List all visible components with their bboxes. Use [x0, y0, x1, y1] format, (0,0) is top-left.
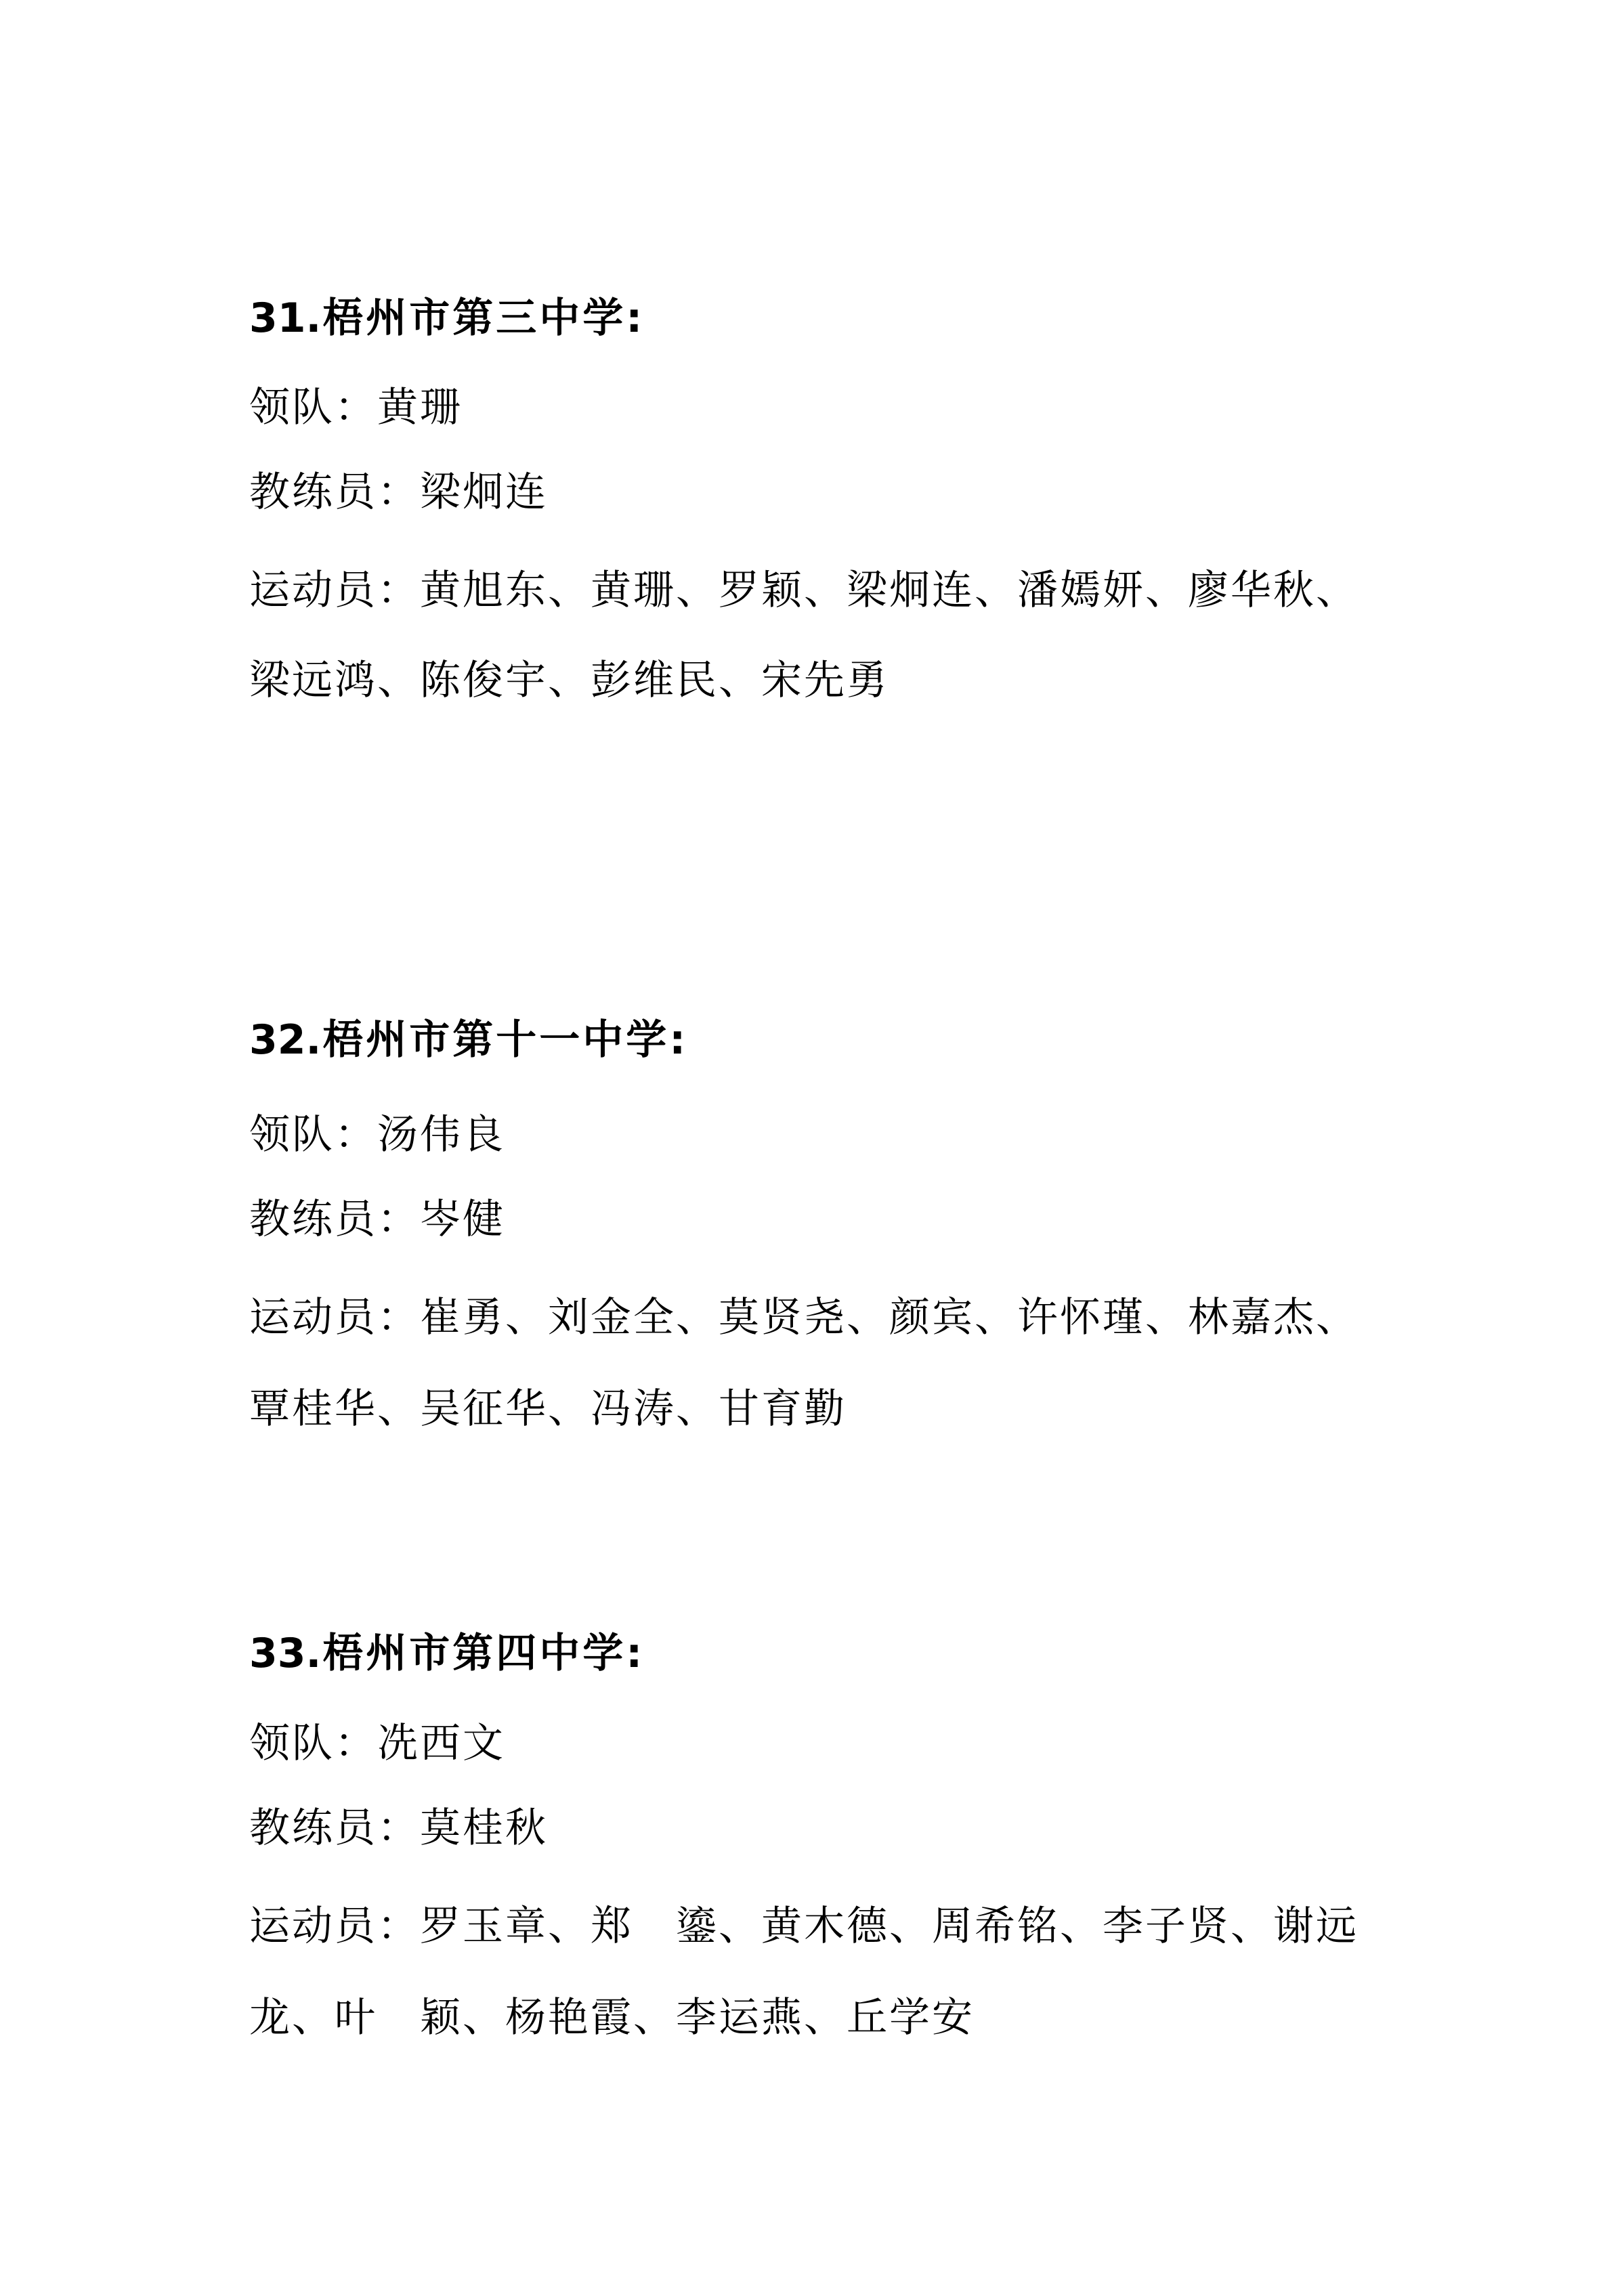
athletes-line-1: 运动员：黄旭东、黄珊、罗颖、梁炯连、潘嫣妍、廖华秋、	[249, 570, 1359, 611]
athletes-line-2: 梁远鸿、陈俊宇、彭维民、宋先勇	[249, 660, 889, 701]
coach-line: 教练员：莫桂秋	[249, 1808, 548, 1848]
leader-line: 领队：冼西文	[249, 1723, 505, 1764]
school-name: 梧州市第四中学:	[322, 1630, 645, 1677]
document-page: 31.梧州市第三中学: 领队：黄珊 教练员：梁炯连 运动员：黄旭东、黄珊、罗颖、…	[0, 0, 1624, 2296]
school-name: 梧州市第十一中学:	[322, 1016, 688, 1064]
athletes-list-part-1: 罗玉章、郑 鎏、黄木德、周希铭、李子贤、谢远	[420, 1903, 1359, 1950]
athletes-line-2: 覃桂华、吴征华、冯涛、甘育勤	[249, 1389, 847, 1429]
coach-label: 教练员：	[249, 469, 420, 516]
school-name: 梧州市第三中学:	[322, 295, 645, 342]
leader-name: 汤伟良	[377, 1111, 505, 1158]
athletes-label: 运动员：	[249, 567, 420, 614]
section-heading: 33.梧州市第四中学:	[249, 1633, 645, 1674]
athletes-line-1: 运动员：罗玉章、郑 鎏、黄木德、周希铭、李子贤、谢远	[249, 1906, 1359, 1947]
section-heading: 32.梧州市第十一中学:	[249, 1020, 688, 1060]
section-number: 31.	[249, 295, 321, 342]
leader-label: 领队：	[249, 1720, 377, 1767]
leader-line: 领队：黄珊	[249, 387, 463, 428]
athletes-label: 运动员：	[249, 1294, 420, 1341]
coach-line: 教练员：岑健	[249, 1199, 505, 1240]
athletes-list-part-1: 崔勇、刘金全、莫贤尧、颜宾、许怀瑾、林嘉杰、	[420, 1294, 1359, 1341]
coach-line: 教练员：梁炯连	[249, 472, 548, 513]
leader-line: 领队：汤伟良	[249, 1114, 505, 1155]
athletes-list-part-2: 覃桂华、吴征华、冯涛、甘育勤	[249, 1385, 847, 1433]
coach-name: 梁炯连	[420, 469, 548, 516]
leader-label: 领队：	[249, 384, 377, 431]
athletes-list-part-2: 龙、叶 颖、杨艳霞、李运燕、丘学安	[249, 1994, 975, 2041]
athletes-list-part-1: 黄旭东、黄珊、罗颖、梁炯连、潘嫣妍、廖华秋、	[420, 567, 1359, 614]
athletes-line-2: 龙、叶 颖、杨艳霞、李运燕、丘学安	[249, 1997, 975, 2038]
athletes-list-part-2: 梁远鸿、陈俊宇、彭维民、宋先勇	[249, 657, 889, 704]
leader-name: 冼西文	[377, 1720, 505, 1767]
coach-name: 岑健	[420, 1196, 505, 1243]
section-heading: 31.梧州市第三中学:	[249, 298, 645, 339]
coach-label: 教练员：	[249, 1804, 420, 1852]
leader-name: 黄珊	[377, 384, 463, 431]
section-number: 32.	[249, 1016, 321, 1064]
coach-name: 莫桂秋	[420, 1804, 548, 1852]
athletes-label: 运动员：	[249, 1903, 420, 1950]
section-number: 33.	[249, 1630, 321, 1677]
leader-label: 领队：	[249, 1111, 377, 1158]
coach-label: 教练员：	[249, 1196, 420, 1243]
athletes-line-1: 运动员：崔勇、刘金全、莫贤尧、颜宾、许怀瑾、林嘉杰、	[249, 1297, 1359, 1338]
